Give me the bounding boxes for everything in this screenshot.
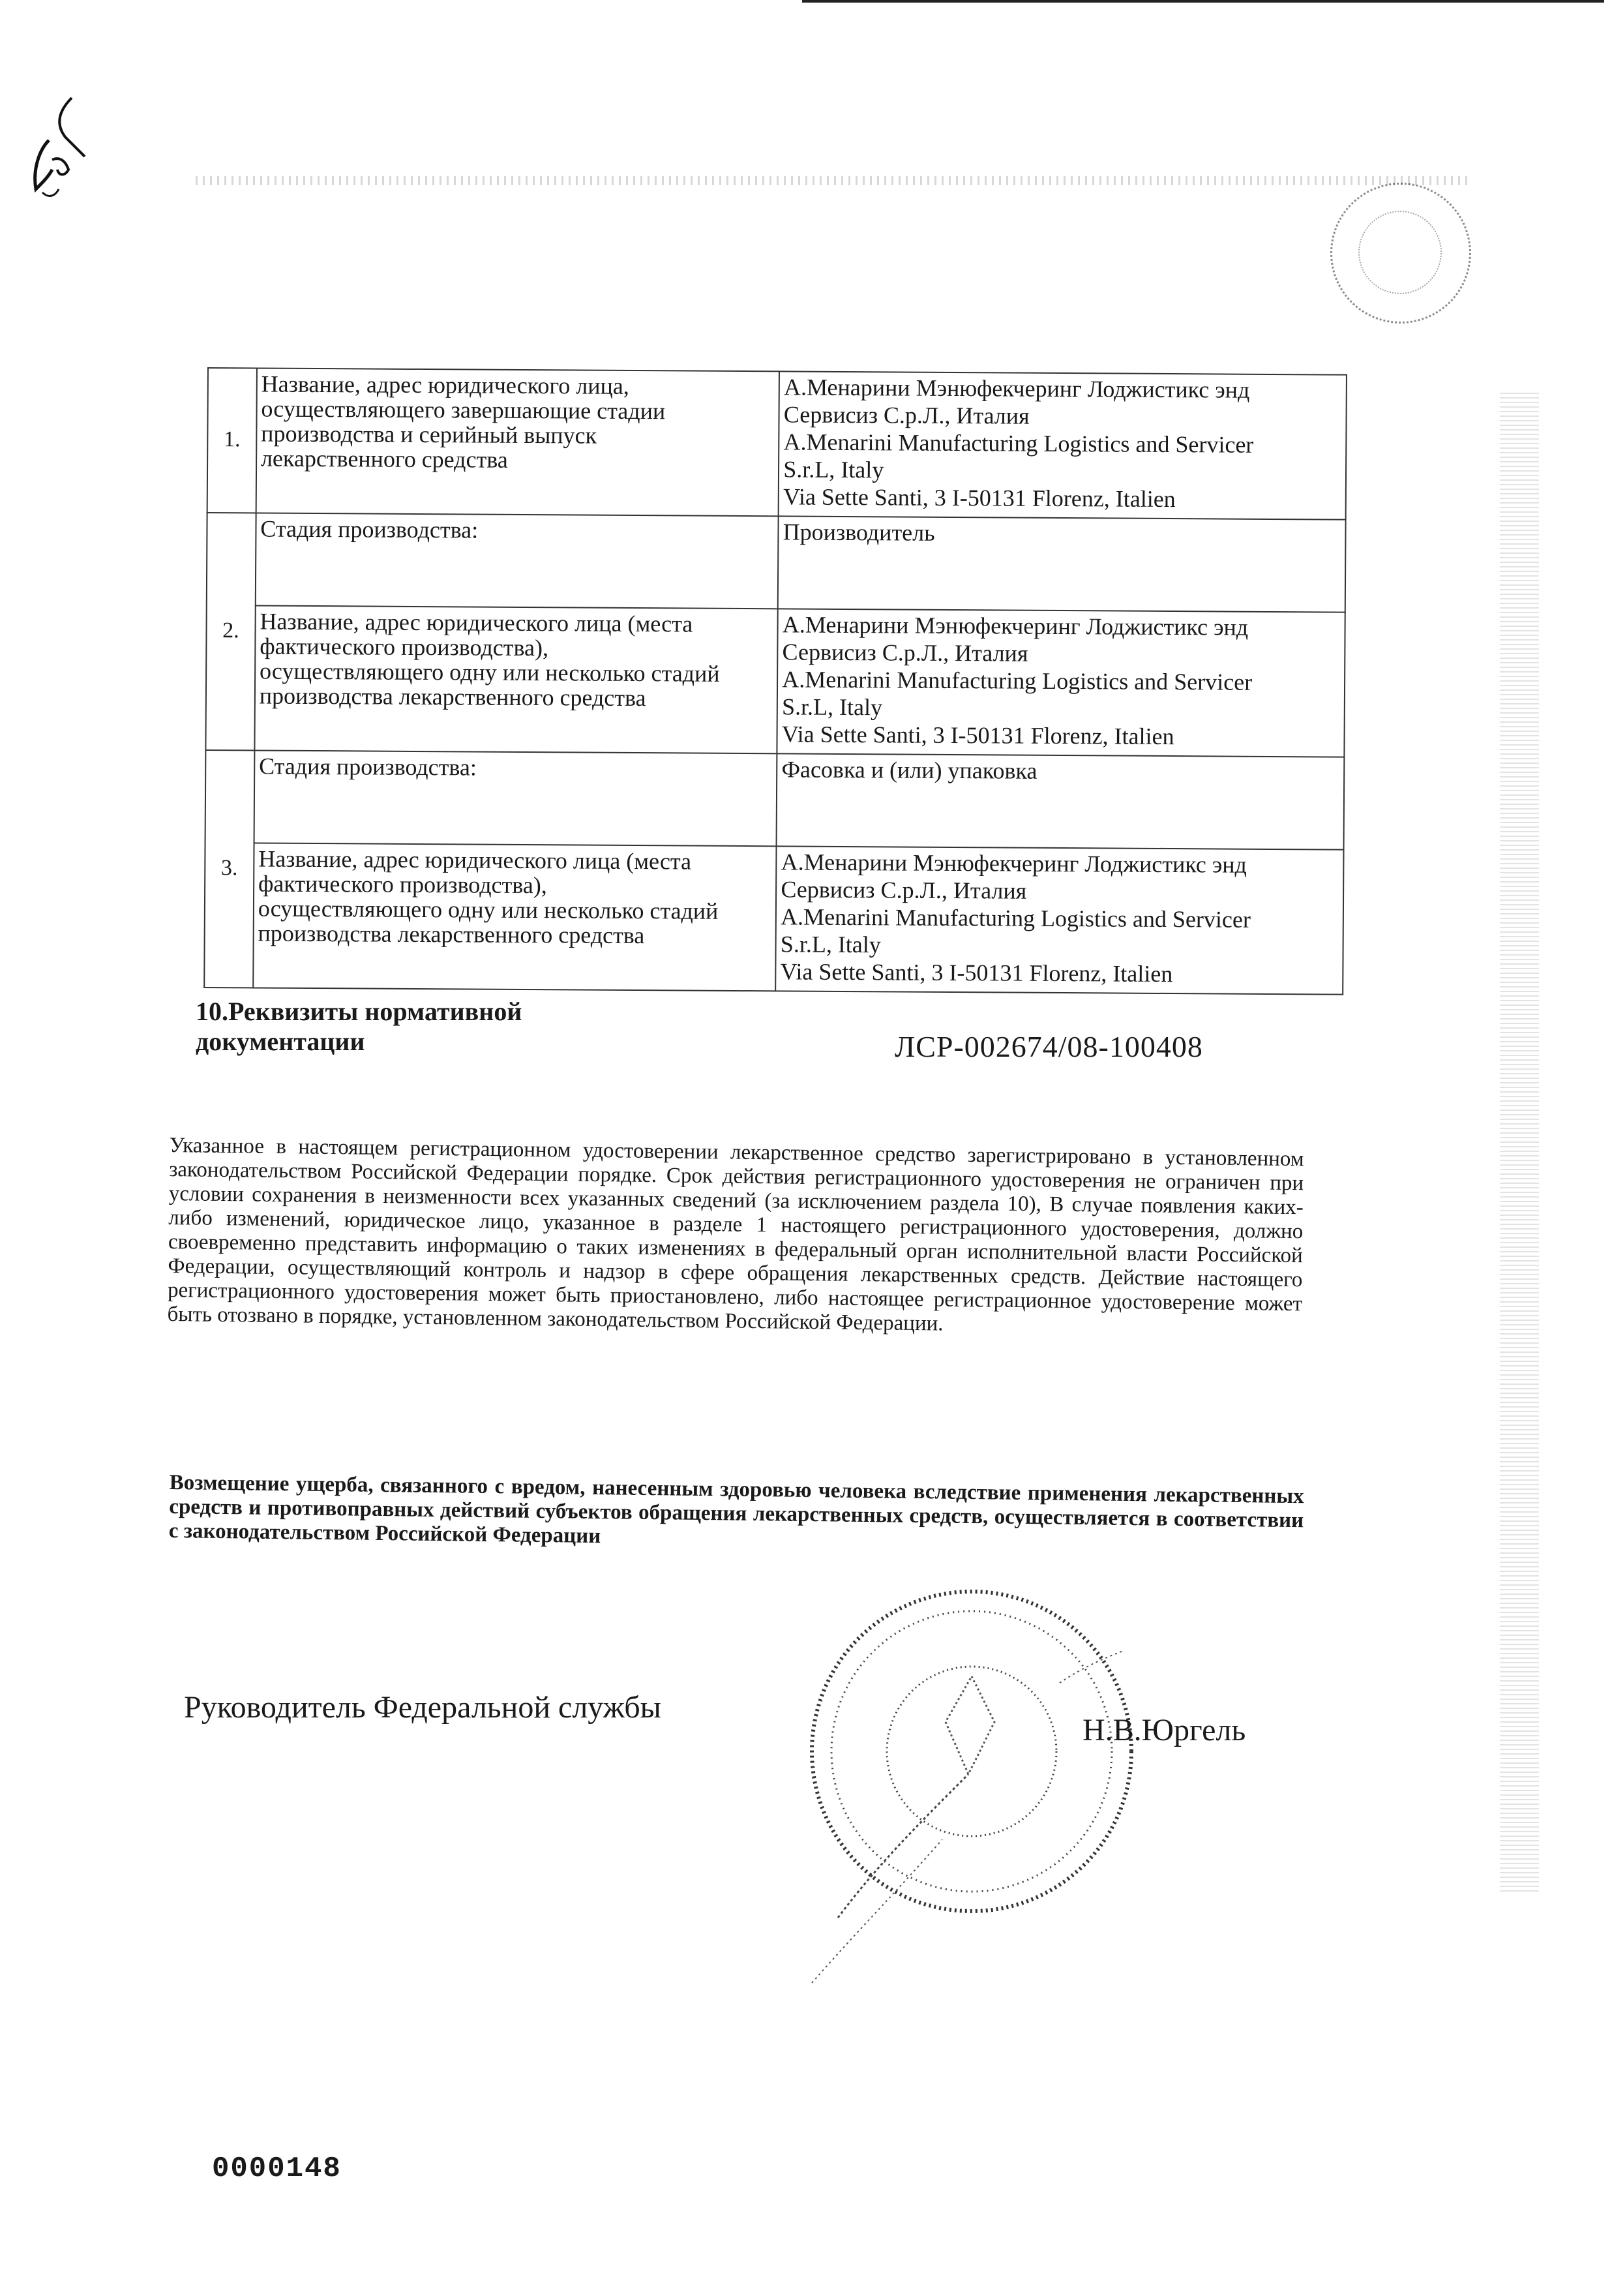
org-value-line: Via Sette Santi, 3 I-50131 Florenz, Ital… (783, 484, 1341, 512)
org-value-line: A.Menarini Manufacturing Logistics and S… (782, 667, 1340, 695)
registration-number: ЛСР-002674/08-100408 (895, 1029, 1203, 1064)
org-value-line: S.r.L, Italy (783, 457, 1341, 485)
section-10-title-line: 10.Реквизиты нормативной (196, 997, 522, 1027)
org-value-line: Via Sette Santi, 3 I-50131 Florenz, Ital… (781, 959, 1339, 987)
org-label-line: производства лекарственного средства (258, 920, 771, 948)
scan-noise-band (196, 176, 1467, 185)
org-value: А.Менарини Мэнюфекчеринг Лоджистикс энд … (779, 371, 1347, 519)
stage-label: Стадия производства: (256, 513, 779, 609)
org-label-line: производства лекарственного средства (260, 683, 773, 711)
org-value-line: A.Menarini Manufacturing Logistics and S… (781, 904, 1339, 932)
org-label: Название, адрес юридического лица (места… (253, 843, 777, 991)
org-label-line: осуществляющего одну или несколько стади… (260, 658, 773, 686)
table-row: 3. Стадия производства: Фасовка и (или) … (205, 750, 1345, 850)
org-value-line: А.Менарини Мэнюфекчеринг Лоджистикс энд (781, 849, 1339, 877)
compensation-paragraph: Возмещение ущерба, связанного с вредом, … (169, 1471, 1304, 1557)
org-value-line: Сервисиз С.р.Л., Италия (783, 639, 1341, 667)
org-value-line: А.Менарини Мэнюфекчеринг Лоджистикс энд (784, 374, 1342, 402)
validity-paragraph: Указанное в настоящем регистрационном уд… (167, 1134, 1304, 1340)
org-label-line: фактического производства), (258, 871, 772, 899)
org-label-line: лекарственного средства (261, 446, 775, 474)
org-value-line: Сервисиз С.р.Л., Италия (781, 877, 1339, 905)
org-value: А.Менарини Мэнюфекчеринг Лоджистикс энд … (777, 609, 1345, 757)
stage-value: Фасовка и (или) упаковка (777, 753, 1345, 849)
org-label-line: производства и серийный выпуск (261, 421, 775, 449)
org-label-line: Название, адрес юридического лица, (261, 372, 775, 400)
scan-edge-noise (1500, 391, 1539, 1892)
stage-label: Стадия производства: (254, 750, 777, 846)
org-label: Название, адрес юридического лица, осуще… (256, 368, 780, 516)
manufacturer-table: 1. Название, адрес юридического лица, ос… (203, 367, 1347, 995)
form-serial-number: 0000148 (212, 2152, 342, 2185)
table-row: Название, адрес юридического лица (места… (204, 843, 1343, 995)
org-value-line: A.Menarini Manufacturing Logistics and S… (783, 429, 1341, 457)
org-label-line: фактического производства), (260, 633, 773, 661)
org-label-line: осуществляющего одну или несколько стади… (258, 896, 772, 924)
official-seal-icon (799, 1578, 1138, 2002)
stage-value: Производитель (778, 516, 1346, 612)
org-label: Название, адрес юридического лица (места… (254, 605, 778, 753)
section-10-title-line: документации (196, 1027, 522, 1057)
org-label-line: осуществляющего завершающие стадии (261, 397, 775, 425)
org-value-line: Via Sette Santi, 3 I-50131 Florenz, Ital… (782, 721, 1340, 749)
org-value-line: S.r.L, Italy (781, 931, 1339, 959)
table-row: 2. Стадия производства: Производитель (207, 513, 1346, 612)
org-value-line: S.r.L, Italy (782, 694, 1340, 722)
signatory-name: Н.В.Юргель (1082, 1712, 1246, 1748)
org-value-line: А.Менарини Мэнюфекчеринг Лоджистикс энд (783, 612, 1341, 640)
org-value: А.Менарини Мэнюфекчеринг Лоджистикс энд … (775, 846, 1343, 994)
row-number: 1. (207, 368, 257, 513)
table-row: Название, адрес юридического лица (места… (205, 605, 1345, 757)
org-label-line: Название, адрес юридического лица (места (260, 609, 773, 637)
section-10-heading: 10.Реквизиты нормативной документации (196, 997, 522, 1057)
watermark-emblem-icon (1330, 183, 1471, 324)
scan-edge-line (802, 0, 1604, 3)
row-number: 3. (204, 750, 254, 988)
org-value-line: Сервисиз С.р.Л., Италия (784, 402, 1342, 430)
signatory-role: Руководитель Федеральной службы (184, 1689, 661, 1725)
org-label-line: Название, адрес юридического лица (места (258, 846, 772, 874)
table-row: 1. Название, адрес юридического лица, ос… (207, 368, 1347, 520)
row-number: 2. (205, 513, 256, 750)
handwritten-mark-icon (13, 78, 111, 209)
